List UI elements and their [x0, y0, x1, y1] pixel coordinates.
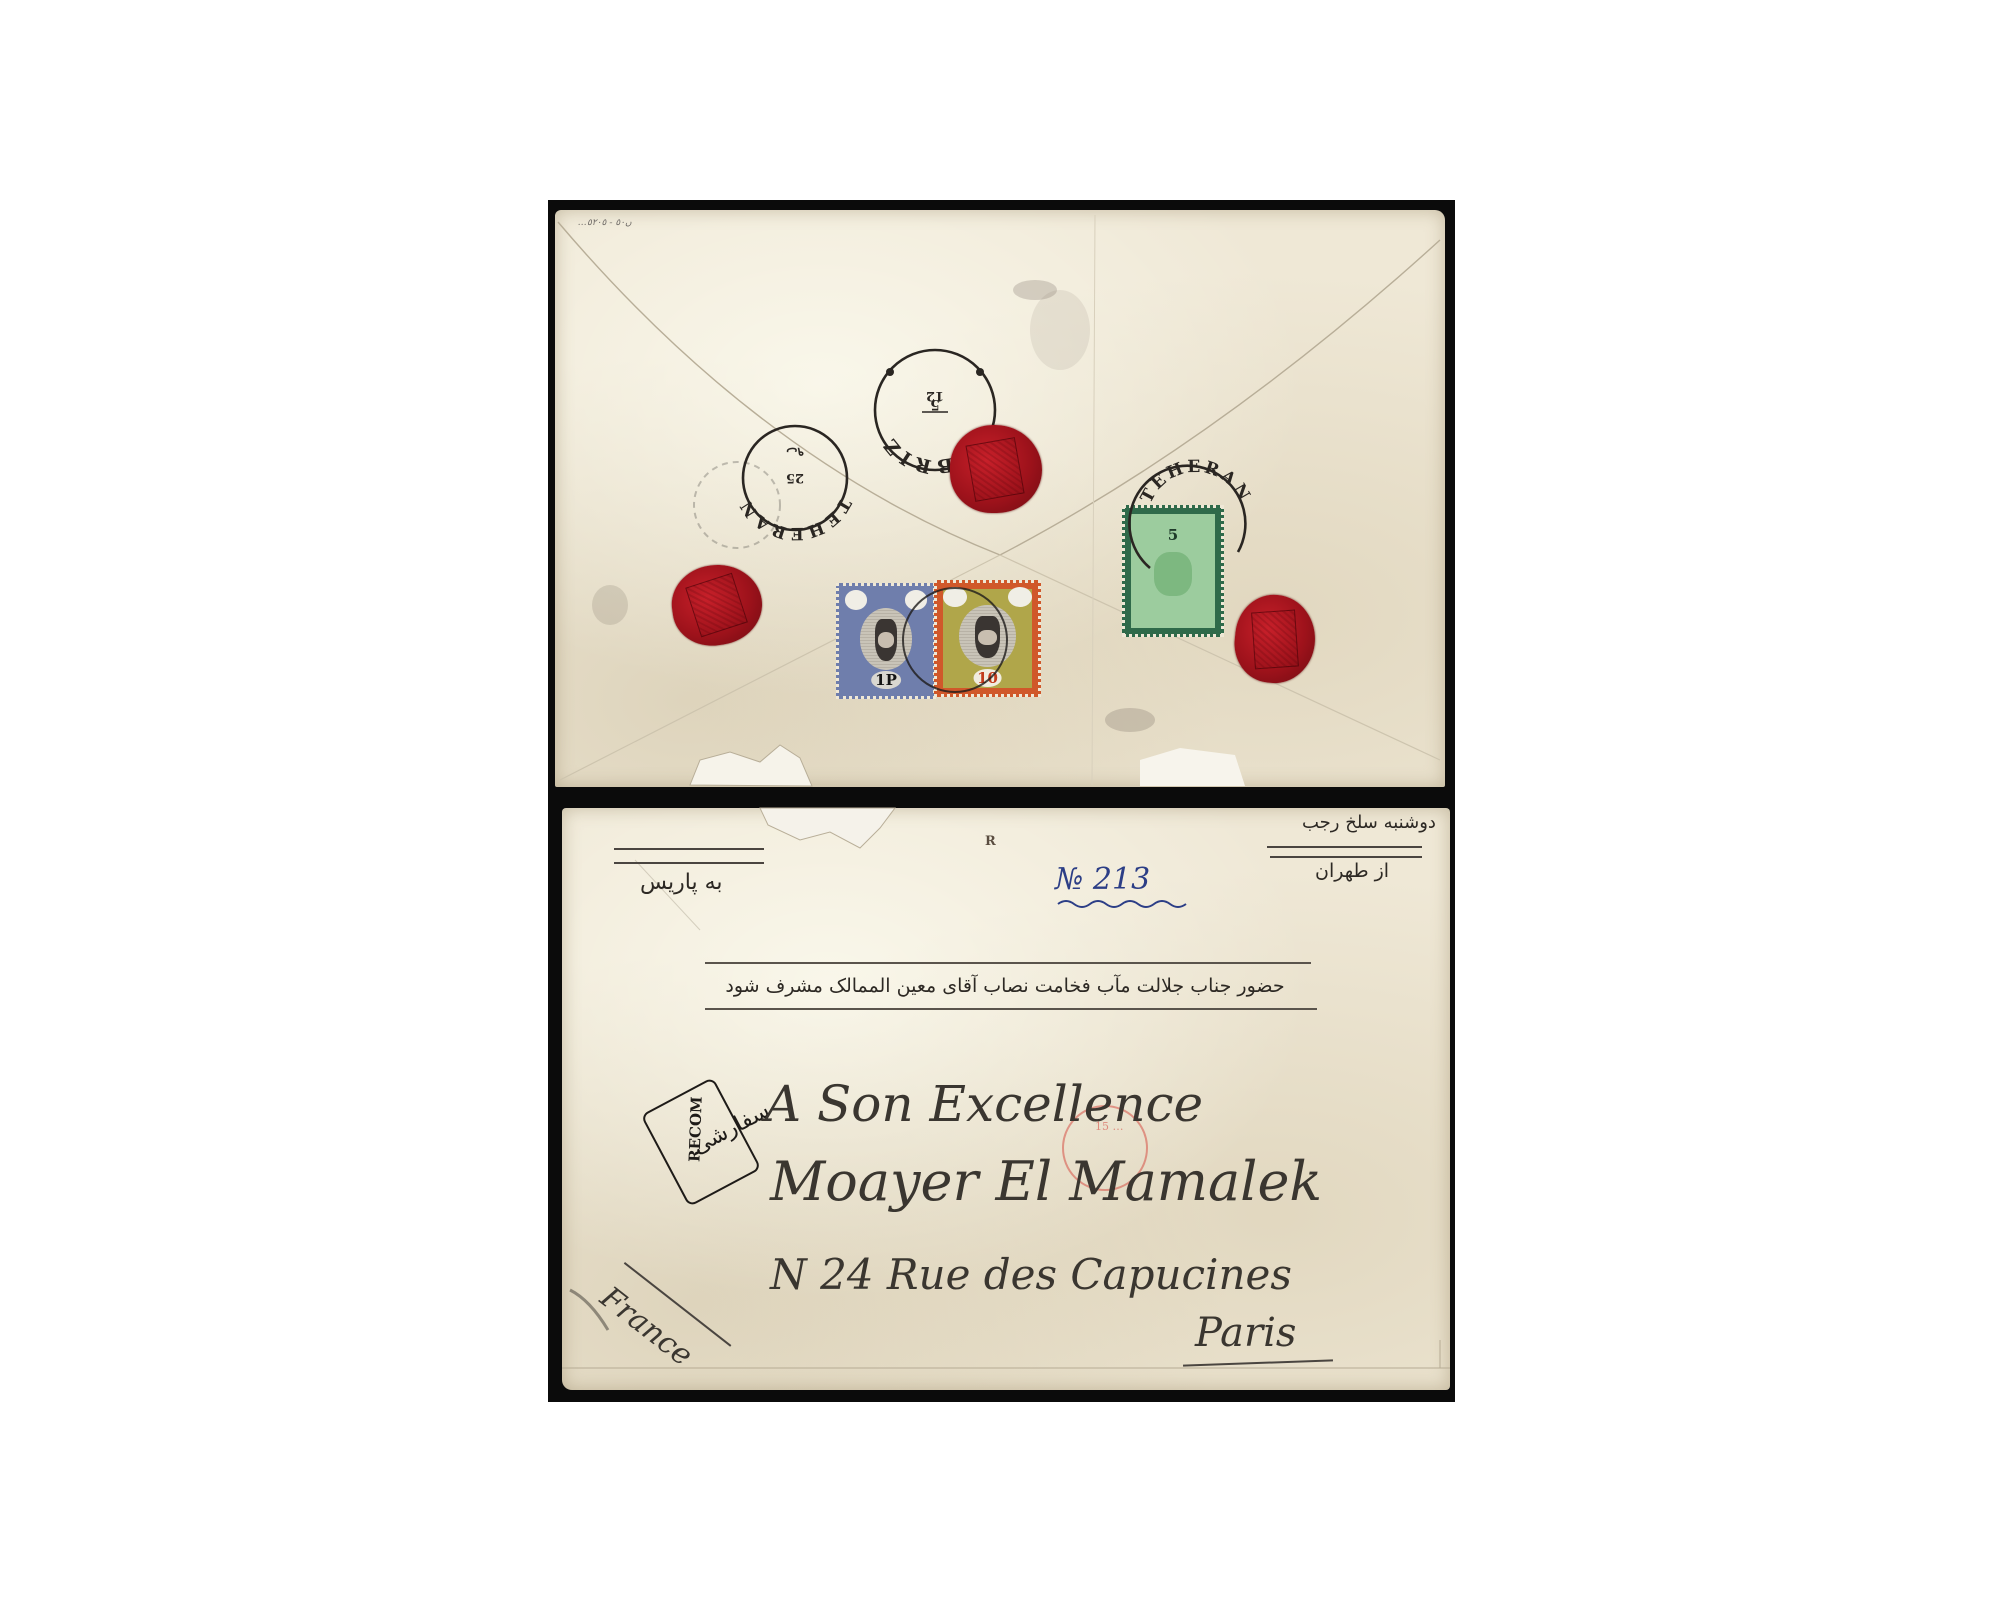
- address-line-3: N 24 Rue des Capucines: [770, 1250, 1292, 1299]
- address-line-4: Paris: [1195, 1310, 1296, 1356]
- red-postmark: 15 …: [0, 0, 2000, 1600]
- address-line-2: Moayer El Mamalek: [770, 1150, 1322, 1213]
- address-line-1: A Son Excellence: [765, 1075, 1203, 1133]
